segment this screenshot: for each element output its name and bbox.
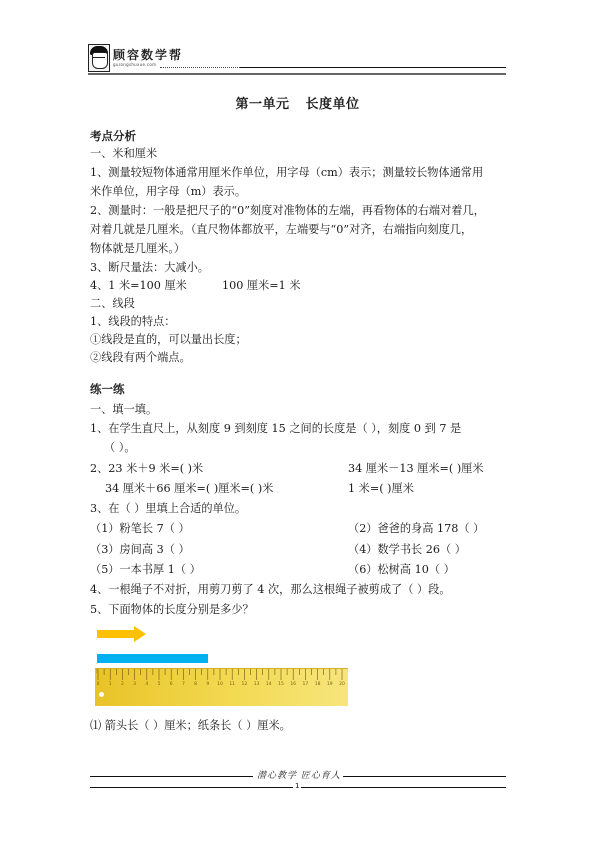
logo-avatar-icon	[88, 44, 110, 72]
topic-label: 长度单位	[306, 97, 360, 112]
ruler-label: 4	[145, 682, 148, 687]
ruler-label: 3	[133, 682, 136, 687]
ruler-label: 12	[242, 682, 248, 687]
segment-point1-a: ①线段是直的，可以量出长度；	[90, 330, 247, 349]
part2-title: 二、线段	[90, 294, 135, 313]
ruler: 0 1 2 3 4 5 6 7 8 9 10 11 12 13 14 15 16…	[95, 668, 348, 706]
page-number: 1	[293, 782, 301, 790]
ruler-ticks	[95, 669, 348, 681]
ruler-label: 17	[303, 682, 309, 687]
point2-line2: 对着几就是几厘米。（直尺物体都放平，左端要与“0”对齐，右端指向刻度几，	[90, 220, 472, 239]
ruler-label: 20	[339, 682, 345, 687]
ruler-label: 19	[327, 682, 333, 687]
ruler-label: 5	[158, 682, 161, 687]
question1-line2: （ ）。	[104, 438, 136, 457]
point4-b: 100 厘米=1 米	[222, 276, 301, 295]
arrow-right-icon	[134, 626, 146, 642]
ruler-label: 9	[206, 682, 209, 687]
question2-d: 1 米=( )厘米	[348, 479, 414, 498]
question5-answer: ⑴ 箭头长（ ）厘米；纸条长（ ）厘米。	[90, 716, 291, 735]
footer-rule-right	[343, 776, 506, 777]
point4-a: 4、1 米=100 厘米	[90, 276, 187, 295]
question1-line1: 1、在学生直尺上，从刻度 9 到刻度 15 之间的长度是（ ），刻度 0 到 7…	[90, 419, 461, 438]
point2-line3: 物体就是几厘米。）	[90, 239, 185, 258]
question3-item-5: （5）一本书厚 1（ ）	[90, 560, 201, 579]
unit-label: 第一单元	[235, 97, 289, 112]
ruler-label: 11	[229, 682, 235, 687]
question2-c: 34 厘米＋66 厘米=( )厘米=( )米	[105, 479, 273, 498]
header-rule-top	[240, 67, 506, 68]
practice-heading: 练一练	[90, 381, 125, 397]
logo-glasses	[93, 57, 105, 61]
ruler-label: 2	[121, 682, 124, 687]
paper-strip	[97, 654, 208, 663]
part1-title: 一、米和厘米	[90, 144, 157, 163]
ruler-label: 10	[217, 682, 223, 687]
ruler-label: 7	[182, 682, 185, 687]
ruler-label: 16	[290, 682, 296, 687]
arrow-shape-body	[97, 630, 134, 638]
ruler-label: 14	[266, 682, 272, 687]
question3-item-6: （6）松树高 10（ ）	[348, 560, 455, 579]
point2-line1: 2、测量时：一般是把尺子的“0”刻度对准物体的左端，再看物体的右端对着几，	[90, 201, 485, 220]
ruler-label: 18	[315, 682, 321, 687]
ruler-label: 6	[170, 682, 173, 687]
page-title: 第一单元长度单位	[0, 93, 595, 112]
header-dotted-rule	[160, 67, 240, 68]
question3: 3、在（ ）里填上合适的单位。	[90, 499, 246, 518]
ruler-label: 0	[97, 682, 100, 687]
footer-rule-left	[90, 776, 253, 777]
segment-point1-b: ②线段有两个端点。	[90, 348, 191, 367]
point3: 3、断尺量法：大减小。	[90, 258, 209, 277]
point1-line2: 米作单位，用字母（m）表示。	[90, 182, 246, 201]
question2-b: 34 厘米－13 厘米=( )厘米	[348, 459, 484, 478]
brand-website: gurongshuxue.com	[113, 62, 156, 67]
ruler-label: 15	[278, 682, 284, 687]
question3-item-4: （4）数学书长 26（ ）	[348, 540, 466, 559]
question3-item-2: （2）爸爸的身高 178（ ）	[348, 519, 484, 538]
question2-a: 2、23 米＋9 米=( )米	[90, 459, 203, 478]
header-rule-bottom	[88, 73, 506, 75]
ruler-label: 13	[254, 682, 260, 687]
question4: 4、一根绳子不对折，用剪刀剪了 4 次，那么这根绳子被剪成了（ ）段。	[90, 580, 451, 599]
question3-item-1: （1）粉笔长 7（ ）	[90, 519, 190, 538]
analysis-heading: 考点分析	[90, 128, 136, 144]
segment-point1: 1、线段的特点：	[90, 312, 175, 331]
footer-motto: 潜心教学 匠心育人	[257, 768, 341, 781]
question5: 5、下面物体的长度分别是多少？	[90, 600, 254, 619]
question3-item-3: （3）房间高 3（ ）	[90, 540, 190, 559]
practice-part1-title: 一、填一填。	[90, 400, 157, 419]
ruler-label: 8	[194, 682, 197, 687]
ruler-hole	[99, 692, 104, 697]
ruler-label: 1	[109, 682, 112, 687]
brand-name: 顾容数学帮	[113, 46, 183, 63]
point1-line1: 1、测量较短物体通常用厘米作单位，用字母（cm）表示；测量较长物体通常用	[90, 163, 483, 182]
